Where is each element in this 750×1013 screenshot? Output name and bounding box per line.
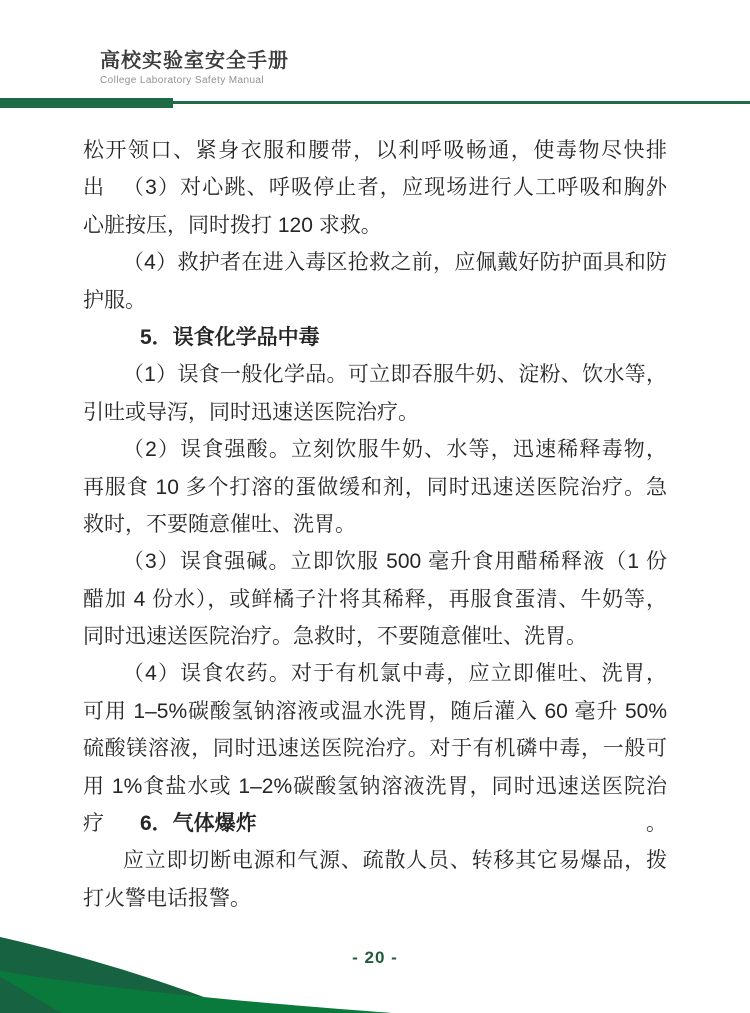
text-line: 救时，不要随意催吐、洗胃。 — [83, 506, 667, 543]
text-line: 护服。 — [83, 282, 667, 319]
text-line: 同时迅速送医院治疗。急救时，不要随意催吐、洗胃。 — [83, 618, 667, 655]
manual-title: 高校实验室安全手册 — [100, 50, 289, 72]
corner-swoosh-graphic — [0, 933, 750, 1013]
text-line: 应立即切断电源和气源、疏散人员、转移其它易爆品，拨 — [83, 842, 667, 879]
text-line: 可用 1–5%碳酸氢钠溶液或温水洗胃，随后灌入 60 毫升 50% — [83, 693, 667, 730]
text-line: （2）误食强酸。立刻饮服牛奶、水等，迅速稀释毒物， — [83, 431, 667, 468]
text-line: （3）对心跳、呼吸停止者，应现场进行人工呼吸和胸外 — [83, 169, 667, 206]
text-line: （4）误食农药。对于有机氯中毒，应立即催吐、洗胃， — [83, 655, 667, 692]
manual-page: 高校实验室安全手册 College Laboratory Safety Manu… — [0, 0, 750, 1013]
text-line: （3）误食强碱。立即饮服 500 毫升食用醋稀释液（1 份 — [83, 543, 667, 580]
text-line: 硫酸镁溶液，同时迅速送医院治疗。对于有机磷中毒，一般可 — [83, 730, 667, 767]
text-line: 用 1%食盐水或 1–2%碳酸氢钠溶液洗胃，同时迅速送医院治疗。 — [83, 768, 667, 805]
text-line: （1）误食一般化学品。可立即吞服牛奶、淀粉、饮水等， — [83, 356, 667, 393]
section-heading: 5．误食化学品中毒 — [83, 319, 667, 356]
manual-subtitle: College Laboratory Safety Manual — [100, 75, 289, 86]
text-line: 打火警电话报警。 — [83, 880, 667, 917]
text-line: 心脏按压，同时拨打 120 求救。 — [83, 207, 667, 244]
text-line: （4）救护者在进入毒区抢救之前，应佩戴好防护面具和防 — [83, 244, 667, 281]
text-line: 引吐或导泻，同时迅速送医院治疗。 — [83, 394, 667, 431]
text-line: 醋加 4 份水），或鲜橘子汁将其稀释，再服食蛋清、牛奶等， — [83, 581, 667, 618]
text-line: 再服食 10 多个打溶的蛋做缓和剂，同时迅速送医院治疗。急 — [83, 469, 667, 506]
header-rule-thin — [173, 101, 750, 104]
body-text: 松开领口、紧身衣服和腰带，以利呼吸畅通，使毒物尽快排出。（3）对心跳、呼吸停止者… — [83, 132, 667, 917]
header-rule-thick — [0, 98, 173, 108]
text-line: 松开领口、紧身衣服和腰带，以利呼吸畅通，使毒物尽快排出。 — [83, 132, 667, 169]
page-header: 高校实验室安全手册 College Laboratory Safety Manu… — [0, 0, 750, 110]
brand-block: 高校实验室安全手册 College Laboratory Safety Manu… — [100, 50, 289, 86]
